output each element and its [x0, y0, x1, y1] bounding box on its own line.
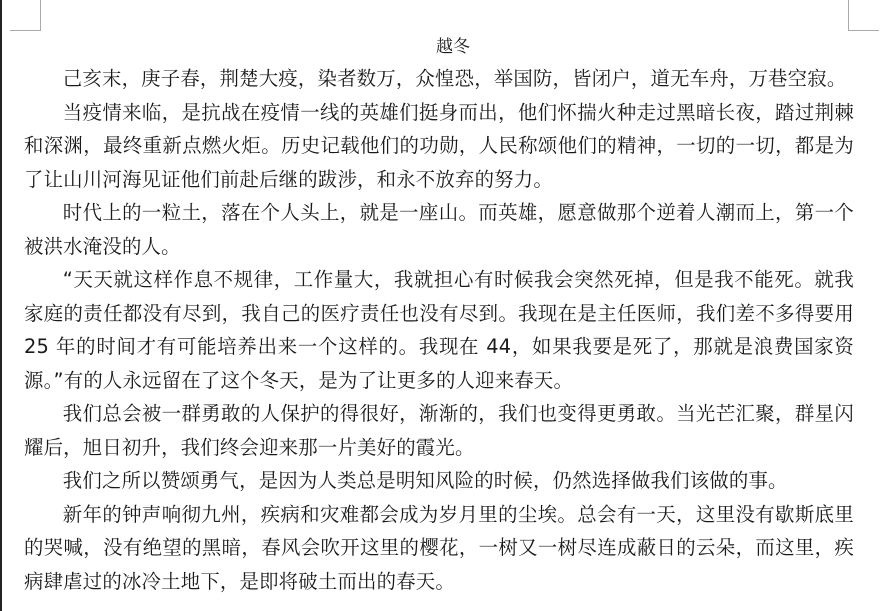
paragraph-1: 己亥末，庚子春，荆楚大疫，染者数万，众惶恐，举国防，皆闭户，道无车舟，万巷空寂。	[24, 62, 854, 96]
paragraph-7: 新年的钟声响彻九州，疾病和灾难都会成为岁月里的尘埃。总会有一天，这里没有歇斯底里…	[24, 498, 854, 599]
window-left-border	[0, 0, 2, 611]
paragraph-6: 我们之所以赞颂勇气，是因为人类总是明知风险的时候，仍然选择做我们该做的事。	[24, 464, 854, 498]
paragraph-2: 当疫情来临，是抗战在疫情一线的英雄们挺身而出，他们怀揣火种走过黑暗长夜，踏过荆棘…	[24, 96, 854, 197]
document-page[interactable]: 越冬 己亥末，庚子春，荆楚大疫，染者数万，众惶恐，举国防，皆闭户，道无车舟，万巷…	[24, 34, 854, 598]
paragraph-3: 时代上的一粒土，落在个人头上，就是一座山。而英雄，愿意做那个逆着人潮而上，第一个…	[24, 196, 854, 263]
paragraph-4: “天天就这样作息不规律，工作量大，我就担心有时候我会突然死掉，但是我不能死。就我…	[24, 263, 854, 397]
margin-corner-mark-top-right	[848, 0, 879, 31]
margin-corner-mark-top-left	[10, 0, 41, 31]
paragraph-5: 我们总会被一群勇敢的人保护的得很好，渐渐的，我们也变得更勇敢。当光芒汇聚，群星闪…	[24, 397, 854, 464]
document-title: 越冬	[24, 34, 854, 60]
